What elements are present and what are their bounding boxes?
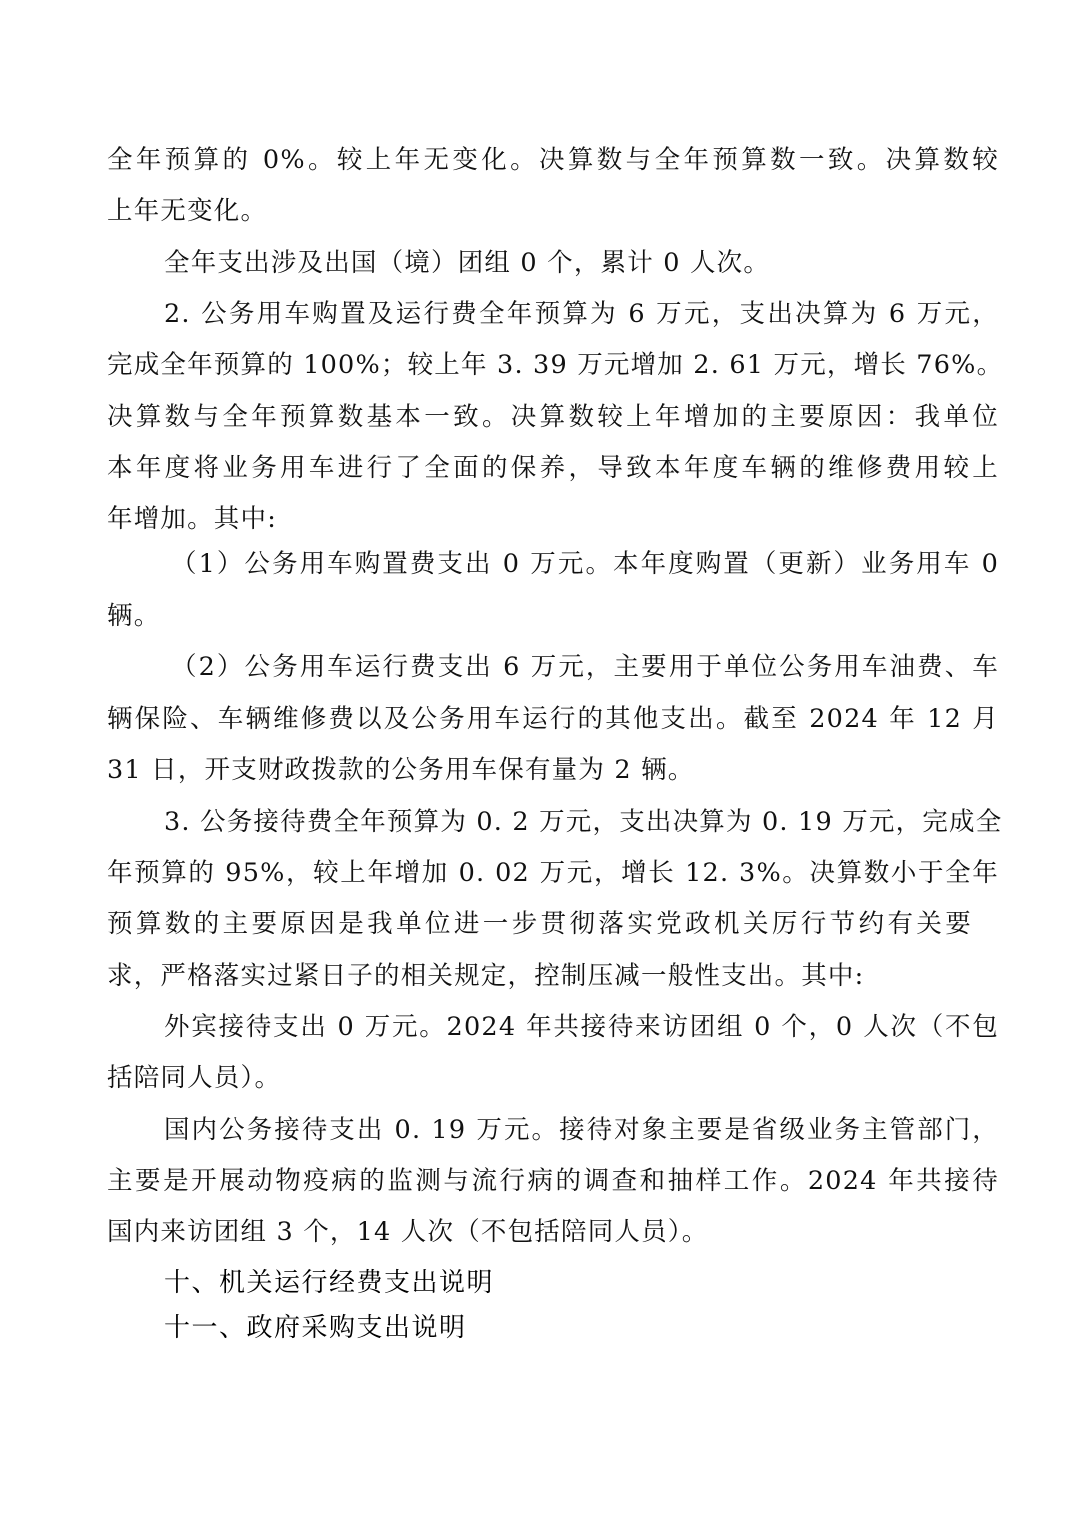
paragraph-line: 主要是开展动物疫病的监测与流行病的调查和抽样工作。2024 年共接待 — [107, 1165, 999, 1197]
paragraph-line: 本年度将业务用车进行了全面的保养，导致本年度车辆的维修费用较上 — [107, 452, 999, 484]
paragraph-line: （1）公务用车购置费支出 0 万元。本年度购置（更新）业务用车 0 — [171, 548, 999, 580]
paragraph-line: 2. 公务用车购置及运行费全年预算为 6 万元，支出决算为 6 万元， — [164, 298, 999, 330]
paragraph-line: 括陪同人员）。 — [107, 1062, 281, 1094]
paragraph-line: 求，严格落实过紧日子的相关规定，控制压减一般性支出。其中: — [107, 960, 864, 992]
paragraph-line: 完成全年预算的 100%；较上年 3. 39 万元增加 2. 61 万元，增长 … — [107, 349, 999, 381]
paragraph-line: 上年无变化。 — [107, 195, 267, 227]
paragraph-line: 全年支出涉及出国（境）团组 0 个，累计 0 人次。 — [164, 247, 770, 279]
paragraph-line: （2）公务用车运行费支出 6 万元，主要用于单位公务用车油费、车 — [171, 651, 999, 683]
paragraph-line: 预算数的主要原因是我单位进一步贯彻落实党政机关厉行节约有关要 — [107, 908, 972, 940]
paragraph-line: 年增加。其中: — [107, 503, 277, 535]
paragraph-line: 决算数与全年预算数基本一致。决算数较上年增加的主要原因：我单位 — [107, 401, 999, 433]
paragraph-line: 辆保险、车辆维修费以及公务用车运行的其他支出。截至 2024 年 12 月 — [107, 703, 999, 735]
paragraph-line: 3. 公务接待费全年预算为 0. 2 万元，支出决算为 0. 19 万元，完成全 — [164, 806, 999, 838]
section-heading-11: 十一、政府采购支出说明 — [164, 1312, 467, 1344]
paragraph-line: 年预算的 95%，较上年增加 0. 02 万元，增长 12. 3%。决算数小于全… — [107, 857, 999, 889]
paragraph-line: 外宾接待支出 0 万元。2024 年共接待来访团组 0 个，0 人次（不包 — [164, 1011, 999, 1043]
section-heading-10: 十、机关运行经费支出说明 — [164, 1267, 494, 1299]
paragraph-line: 辆。 — [107, 600, 160, 632]
paragraph-line: 国内来访团组 3 个，14 人次（不包括陪同人员）。 — [107, 1216, 708, 1248]
paragraph-line: 31 日，开支财政拨款的公务用车保有量为 2 辆。 — [107, 754, 695, 786]
paragraph-line: 全年预算的 0%。较上年无变化。决算数与全年预算数一致。决算数较 — [107, 144, 999, 176]
paragraph-line: 国内公务接待支出 0. 19 万元。接待对象主要是省级业务主管部门， — [164, 1114, 999, 1146]
